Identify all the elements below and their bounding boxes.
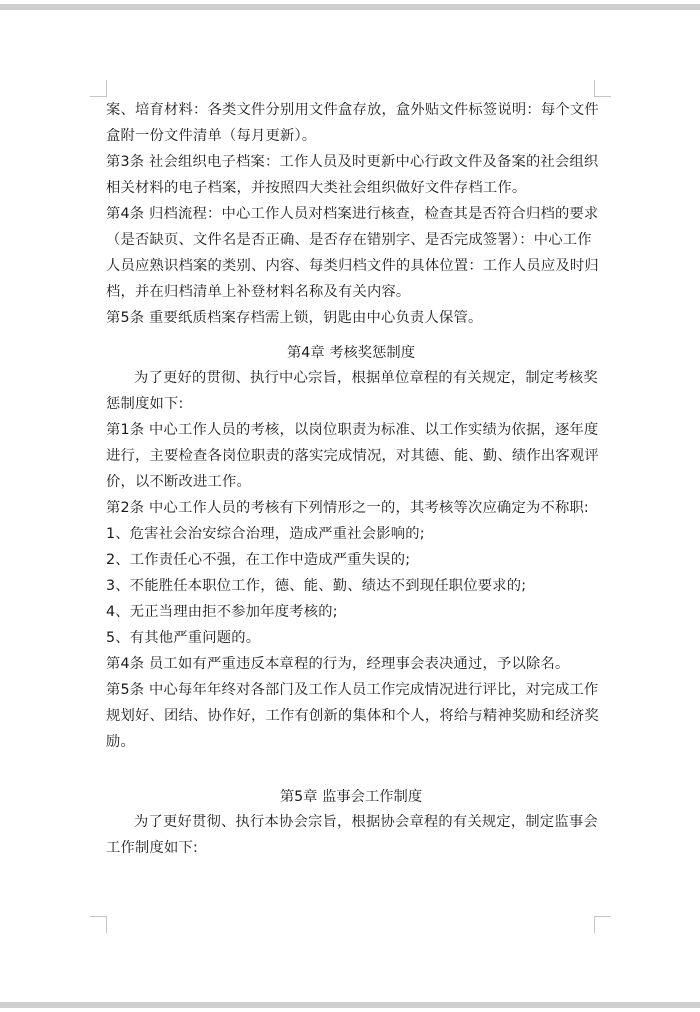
paragraph-line: 案、培育材料：各类文件分别用文件盒存放，盒外贴文件标签说明：每个文件 — [106, 97, 596, 123]
list-item: 1、危害社会治安综合治理，造成严重社会影响的; — [106, 521, 596, 547]
margin-corner-top-left — [90, 80, 107, 97]
chapter-4-article-1: 第1条 中心工作人员的考核，以岗位职责为标准、以工作实绩为依据，逐年度 — [106, 417, 596, 443]
paragraph-line: 档，并在归档清单上补登材料名称及有关内容。 — [106, 279, 596, 305]
chapter-4-article-5: 第5条 中心每年年终对各部门及工作人员工作完成情况进行评比，对完成工作 — [106, 677, 596, 703]
page-separator-bottom — [0, 1002, 700, 1008]
article-3: 第3条 社会组织电子档案：工作人员及时更新中心行政文件及备案的社会组织 — [106, 149, 596, 175]
margin-corner-bottom-left — [90, 916, 107, 933]
list-item: 5、有其他严重问题的。 — [106, 625, 596, 651]
paragraph-line: 工作制度如下: — [106, 835, 596, 861]
chapter-4-article-2: 第2条 中心工作人员的考核有下列情形之一的，其考核等次应确定为不称职: — [106, 495, 596, 521]
article-4: 第4条 归档流程：中心工作人员对档案进行核查，检查其是否符合归档的要求 — [106, 201, 596, 227]
list-item: 4、无正当理由拒不参加年度考核的; — [106, 599, 596, 625]
paragraph-line: 进行，主要检查各岗位职责的落实完成情况，对其德、能、勤、绩作出客观评 — [106, 443, 596, 469]
paragraph-line: 相关材料的电子档案，并按照四大类社会组织做好文件存档工作。 — [106, 175, 596, 201]
list-item: 3、不能胜任本职位工作，德、能、勤、绩达不到现任职位要求的; — [106, 573, 596, 599]
paragraph-line: （是否缺页、文件名是否正确、是否存在错别字、是否完成签署）：中心工作 — [106, 227, 596, 253]
chapter-4-article-4: 第4条 员工如有严重违反本章程的行为，经理事会表决通过，予以除名。 — [106, 651, 596, 677]
list-item: 2、工作责任心不强，在工作中造成严重失误的; — [106, 547, 596, 573]
chapter-5-title: 第5章 监事会工作制度 — [106, 785, 596, 809]
paragraph-line: 盒附一份文件清单（每月更新）。 — [106, 123, 596, 149]
chapter-4-intro: 为了更好的贯彻、执行中心宗旨，根据单位章程的有关规定，制定考核奖 — [106, 365, 596, 391]
article-5: 第5条 重要纸质档案存档需上锁，钥匙由中心负责人保管。 — [106, 305, 596, 331]
page-separator-top — [0, 4, 700, 10]
chapter-5-intro: 为了更好贯彻、执行本协会宗旨，根据协会章程的有关规定，制定监事会 — [106, 809, 596, 835]
chapter-4-title: 第4章 考核奖惩制度 — [106, 341, 596, 365]
paragraph-line: 惩制度如下: — [106, 391, 596, 417]
paragraph-line: 规划好、团结、协作好，工作有创新的集体和个人，将给与精神奖励和经济奖 — [106, 703, 596, 729]
margin-corner-top-right — [594, 80, 611, 97]
margin-corner-bottom-right — [594, 916, 611, 933]
paragraph-line: 价，以不断改进工作。 — [106, 469, 596, 495]
paragraph-line: 励。 — [106, 729, 596, 755]
paragraph-line: 人员应熟识档案的类别、内容、每类归档文件的具体位置：工作人员应及时归 — [106, 253, 596, 279]
document-body: 案、培育材料：各类文件分别用文件盒存放，盒外贴文件标签说明：每个文件 盒附一份文… — [106, 97, 596, 861]
